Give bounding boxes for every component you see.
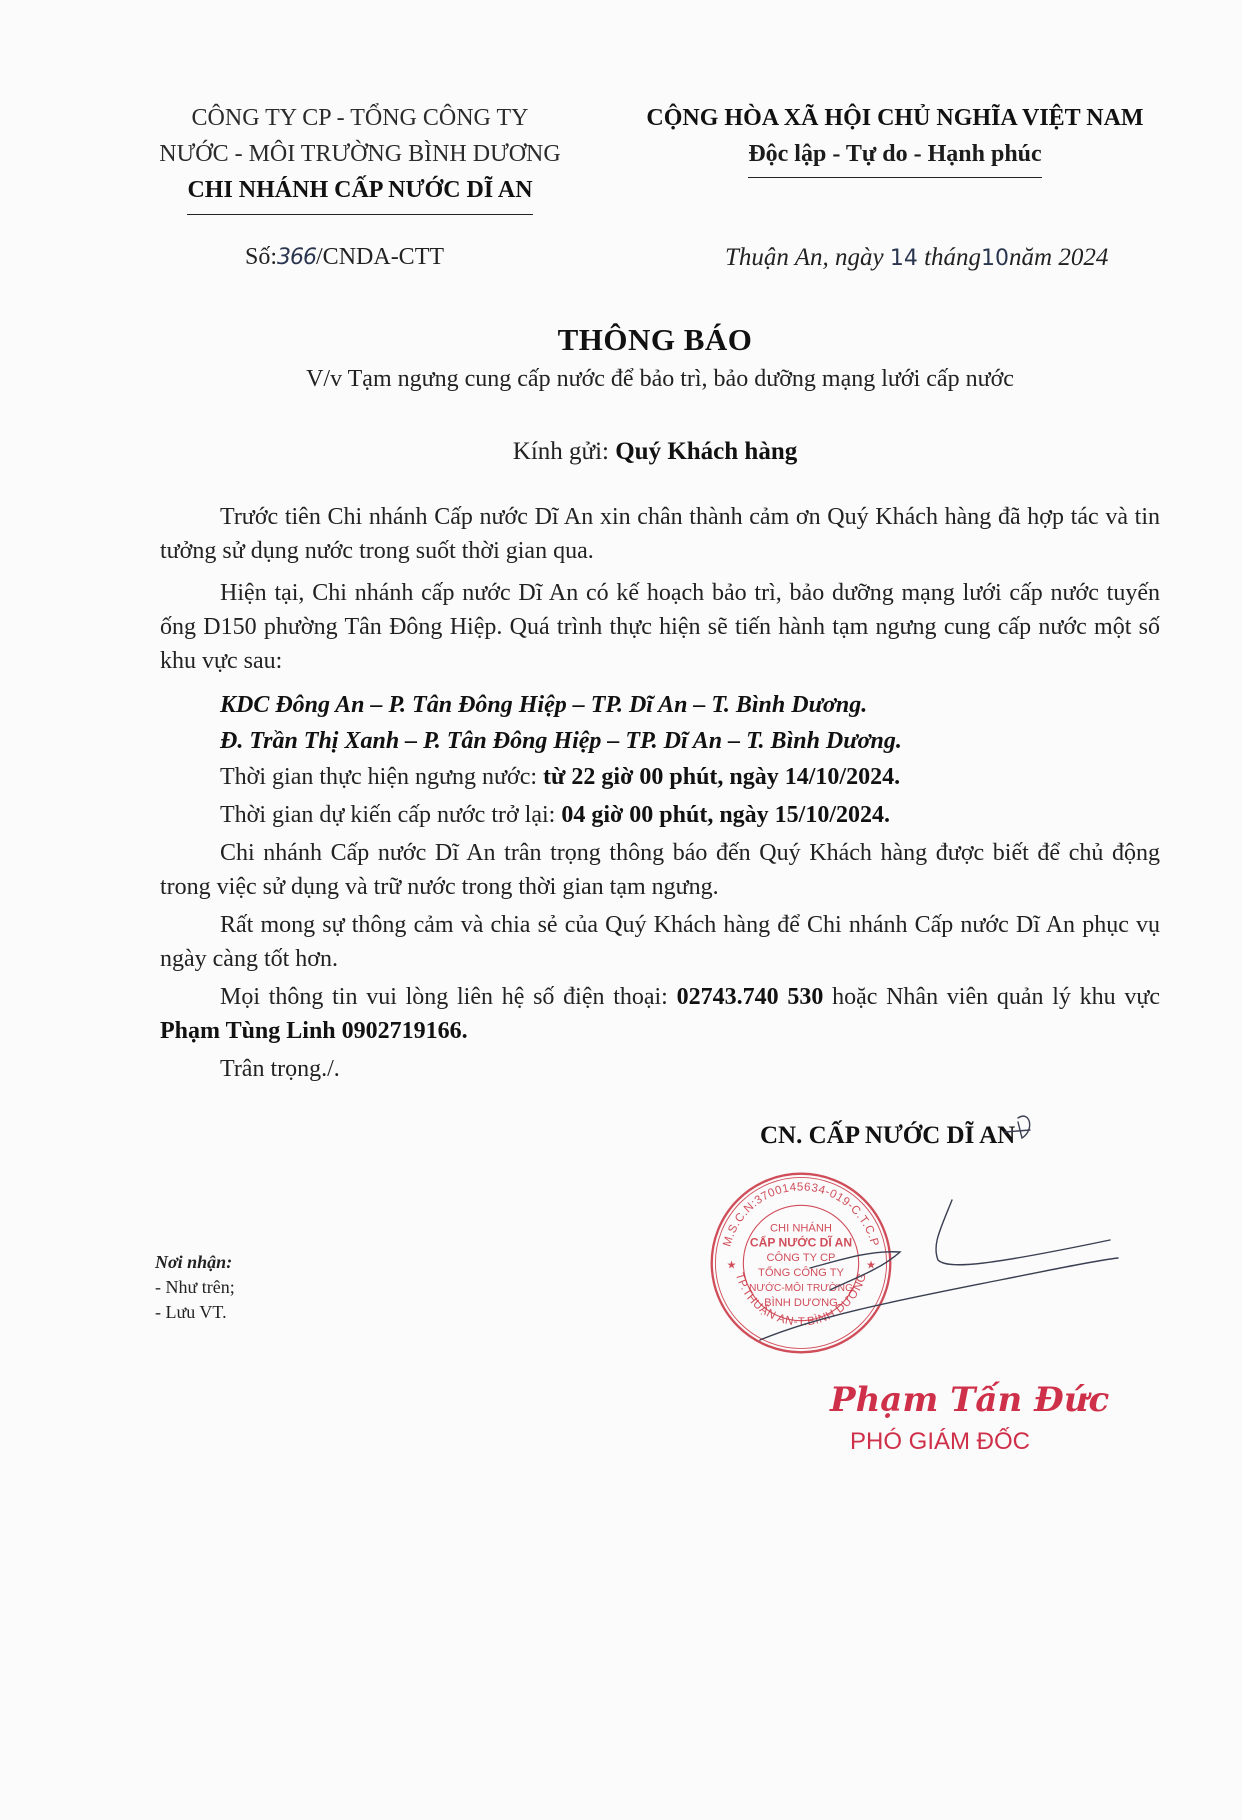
stop-time-label: Thời gian thực hiện ngưng nước: [220,764,537,790]
recipient-item: - Lưu VT. [155,1300,235,1325]
resume-time: Thời gian dự kiến cấp nước trở lại: 04 g… [160,798,1160,832]
branch-name: CHI NHÁNH CẤP NƯỚC DĨ AN [187,172,532,215]
issuer-header: CÔNG TY CP - TỔNG CÔNG TY NƯỚC - MÔI TRƯ… [130,100,590,215]
document-number: Số:366/CNDA-CTT [245,244,444,271]
parent-org-line-2: NƯỚC - MÔI TRƯỜNG BÌNH DƯƠNG [130,136,590,172]
recipient-item: - Như trên; [155,1275,235,1300]
stop-time-value: từ 22 giờ 00 phút, ngày 14/10/2024. [543,764,900,790]
contact-middle: hoặc Nhân viên quản lý khu vực [832,984,1160,1010]
date-month-label: tháng [924,244,981,271]
stamp-line: BÌNH DƯƠNG [764,1296,838,1309]
stamp-line: CÔNG TY CP [766,1251,835,1264]
signer-name: Phạm Tấn Đức [830,1380,1109,1420]
signer-title: PHÓ GIÁM ĐỐC [850,1428,1030,1456]
doc-number-handwritten: 366 [277,245,316,270]
national-header: CỘNG HÒA XÃ HỘI CHỦ NGHĨA VIỆT NAM Độc l… [615,100,1175,178]
stamp-line: CHI NHÁNH [770,1221,832,1234]
document-body: Trước tiên Chi nhánh Cấp nước Dĩ An xin … [160,500,1160,1090]
parent-org-line-1: CÔNG TY CP - TỔNG CÔNG TY [130,100,590,136]
greeting: Kính gửi: Quý Khách hàng [0,438,1242,466]
paragraph-plan: Hiện tại, Chi nhánh cấp nước Dĩ An có kế… [160,576,1160,678]
date-year: năm 2024 [1009,244,1108,271]
contact-person: Phạm Tùng Linh 0902719166. [160,1018,468,1044]
stamp-line: CẤP NƯỚC DĨ AN [750,1234,852,1249]
affected-area-2: Đ. Trần Thị Xanh – P. Tân Đông Hiệp – TP… [220,724,1160,758]
resume-time-label: Thời gian dự kiến cấp nước trở lại: [220,802,555,828]
company-stamp: M.S.C.N:3700145634-019-C.T.C.P TP.THUẬN … [708,1170,894,1356]
contact-prefix: Mọi thông tin vui lòng liên hệ số điện t… [220,984,668,1010]
paragraph-notice: Chi nhánh Cấp nước Dĩ An trân trọng thôn… [160,836,1160,904]
recipients-label: Nơi nhận: [155,1250,235,1275]
date-month: 10 [981,246,1009,271]
resume-time-value: 04 giờ 00 phút, ngày 15/10/2024. [561,802,890,828]
paragraph-apology: Rất mong sự thông cảm và chia sẻ của Quý… [160,908,1160,976]
closing: Trân trọng./. [160,1052,1160,1086]
stop-time: Thời gian thực hiện ngưng nước: từ 22 gi… [160,760,1160,794]
stamp-line: TỔNG CÔNG TY [758,1266,845,1279]
stamp-line: NƯỚC-MÔI TRƯỜNG [749,1281,853,1294]
paragraph-thanks: Trước tiên Chi nhánh Cấp nước Dĩ An xin … [160,500,1160,568]
greeting-recipient: Quý Khách hàng [615,438,797,465]
svg-text:★: ★ [866,1260,876,1272]
doc-number-prefix: Số: [245,244,277,270]
recipients-block: Nơi nhận: - Như trên; - Lưu VT. [155,1250,235,1325]
paragraph-contact: Mọi thông tin vui lòng liên hệ số điện t… [160,980,1160,1048]
doc-number-suffix: /CNDA-CTT [316,244,444,270]
document-subject: V/v Tạm ngưng cung cấp nước để bảo trì, … [210,366,1110,393]
date-place: Thuận An, ngày [725,244,884,271]
document-date: Thuận An, ngày 14 tháng10năm 2024 [725,244,1108,272]
national-motto: Độc lập - Tự do - Hạnh phúc [748,136,1041,178]
signature-org: CN. CẤP NƯỚC DĨ AN [760,1122,1015,1150]
affected-area-1: KDC Đông An – P. Tân Đông Hiệp – TP. Dĩ … [220,688,1160,722]
svg-text:★: ★ [727,1260,737,1272]
contact-phone: 02743.740 530 [677,984,824,1010]
document-title: THÔNG BÁO [0,322,1242,358]
date-day: 14 [890,246,918,271]
greeting-prefix: Kính gửi: [513,438,609,465]
nation-name: CỘNG HÒA XÃ HỘI CHỦ NGHĨA VIỆT NAM [615,100,1175,136]
